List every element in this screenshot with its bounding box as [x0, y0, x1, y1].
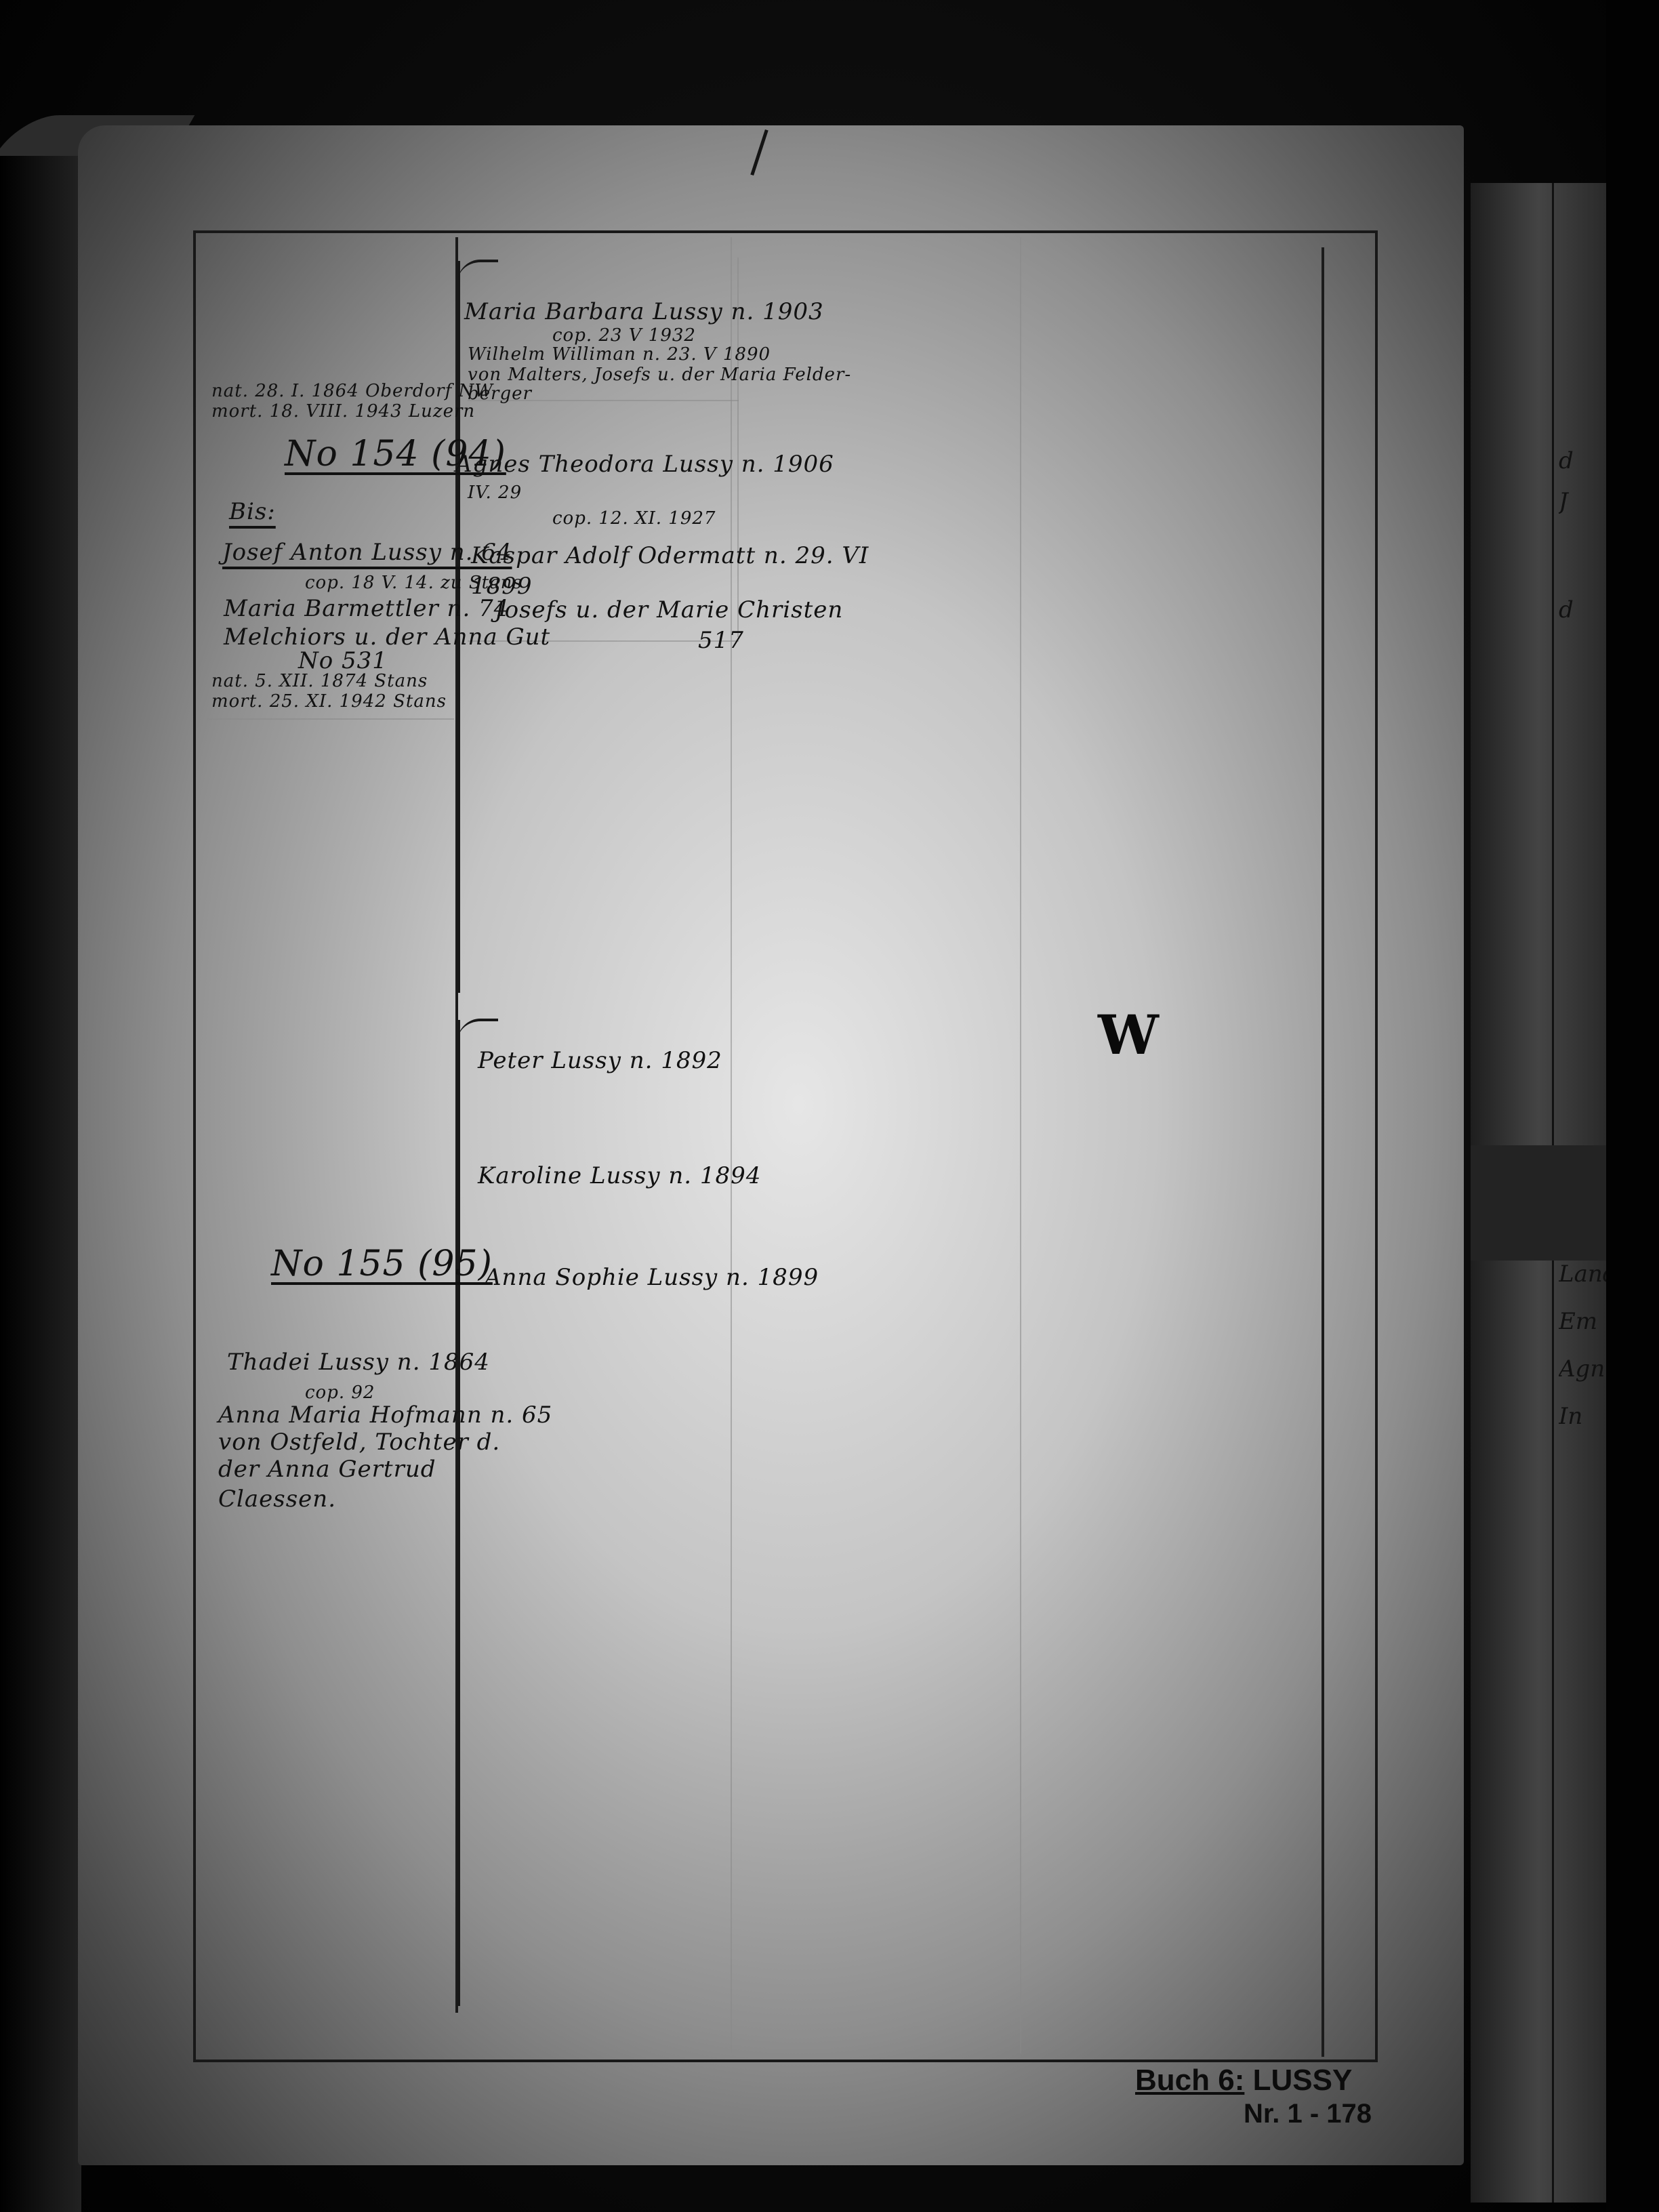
adjacent-page: d J d Land Em Agn In	[1471, 183, 1606, 2203]
spouse-birth: nat. 5. XII. 1874 Stans	[211, 671, 428, 691]
label-book: Buch 6:	[1135, 2064, 1244, 2097]
adjacent-fragment: Em	[1559, 1308, 1606, 1335]
spouse-line: Anna Maria Hofmann n. 65	[218, 1401, 552, 1429]
child-name: Agnes Theodora Lussy n. 1906	[455, 451, 834, 478]
label-surname: LUSSY	[1253, 2064, 1353, 2097]
child-birth-month: IV. 29	[468, 483, 522, 503]
entry-number-155: No 155 (95)	[271, 1244, 493, 1284]
birth-note: nat. 28. I. 1864 Oberdorf NW	[211, 381, 493, 401]
child-name: Maria Barbara Lussy n. 1903	[464, 298, 824, 325]
child-spouse: Wilhelm Williman n. 23. V 1890	[468, 344, 771, 365]
child-name: Karoline Lussy n. 1894	[478, 1162, 761, 1189]
family-head-name: Josef Anton Lussy n. 64	[222, 539, 512, 566]
book-binding-left	[0, 149, 81, 2212]
archive-label: Buch 6: LUSSY Nr. 1 - 178	[1128, 2064, 1372, 2135]
entry-marker: Bis:	[229, 498, 276, 525]
spouse-line: von Ostfeld, Tochter d.	[218, 1429, 500, 1456]
register-table-frame	[193, 230, 1378, 2062]
adjacent-fragment: Land	[1559, 1261, 1606, 1288]
adjacent-fragment: In	[1559, 1403, 1606, 1430]
adjacent-page-paper-mask	[1471, 1145, 1606, 1261]
family-brace-155	[457, 1020, 460, 2006]
column-guide	[731, 237, 732, 2053]
child-name: Peter Lussy n. 1892	[478, 1047, 722, 1074]
adjacent-fragment: d	[1559, 596, 1606, 623]
entry-box-line	[207, 718, 454, 720]
scan-edge-right	[1606, 0, 1659, 2212]
reference-number: 517	[698, 627, 744, 654]
spouse-line: Melchiors u. der Anna Gut	[224, 623, 550, 651]
spouse-line: der Anna Gertrud	[218, 1456, 436, 1483]
column-guide	[1020, 237, 1021, 2053]
spouse-line: No 531	[298, 647, 388, 674]
label-line1: Buch 6: LUSSY	[1135, 2064, 1352, 2097]
spouse-line: Maria Barmettler n. 74	[224, 595, 509, 622]
label-range: Nr. 1 - 178	[1244, 2099, 1372, 2129]
child-marriage: cop. 12. XI. 1927	[552, 508, 716, 529]
child-name: Anna Sophie Lussy n. 1899	[485, 1264, 819, 1291]
child-spouse: Kaspar Adolf Odermatt n. 29. VI	[471, 542, 869, 569]
death-note: mort. 18. VIII. 1943 Luzern	[211, 401, 475, 422]
child-spouse: Josefs u. der Marie Christen	[495, 596, 843, 623]
child-spouse: von Malters, Josefs u. der Maria Felder-	[468, 365, 851, 385]
spouse-line: Claessen.	[218, 1486, 336, 1513]
margin-mark: W	[1098, 1003, 1159, 1067]
adjacent-fragment: d	[1559, 447, 1606, 474]
spouse-death: mort. 25. XI. 1942 Stans	[211, 691, 447, 712]
family-head-name: Thadei Lussy n. 1864	[227, 1349, 490, 1376]
child-marriage: cop. 23 V 1932	[552, 325, 696, 346]
adjacent-fragment: J	[1559, 488, 1606, 515]
child-spouse: 1899	[471, 573, 533, 600]
child-spouse: berger	[468, 384, 532, 404]
marriage-note: cop. 92	[305, 1382, 375, 1403]
adjacent-fragment: Agn	[1559, 1355, 1606, 1382]
column-divider-right	[1322, 247, 1324, 2057]
